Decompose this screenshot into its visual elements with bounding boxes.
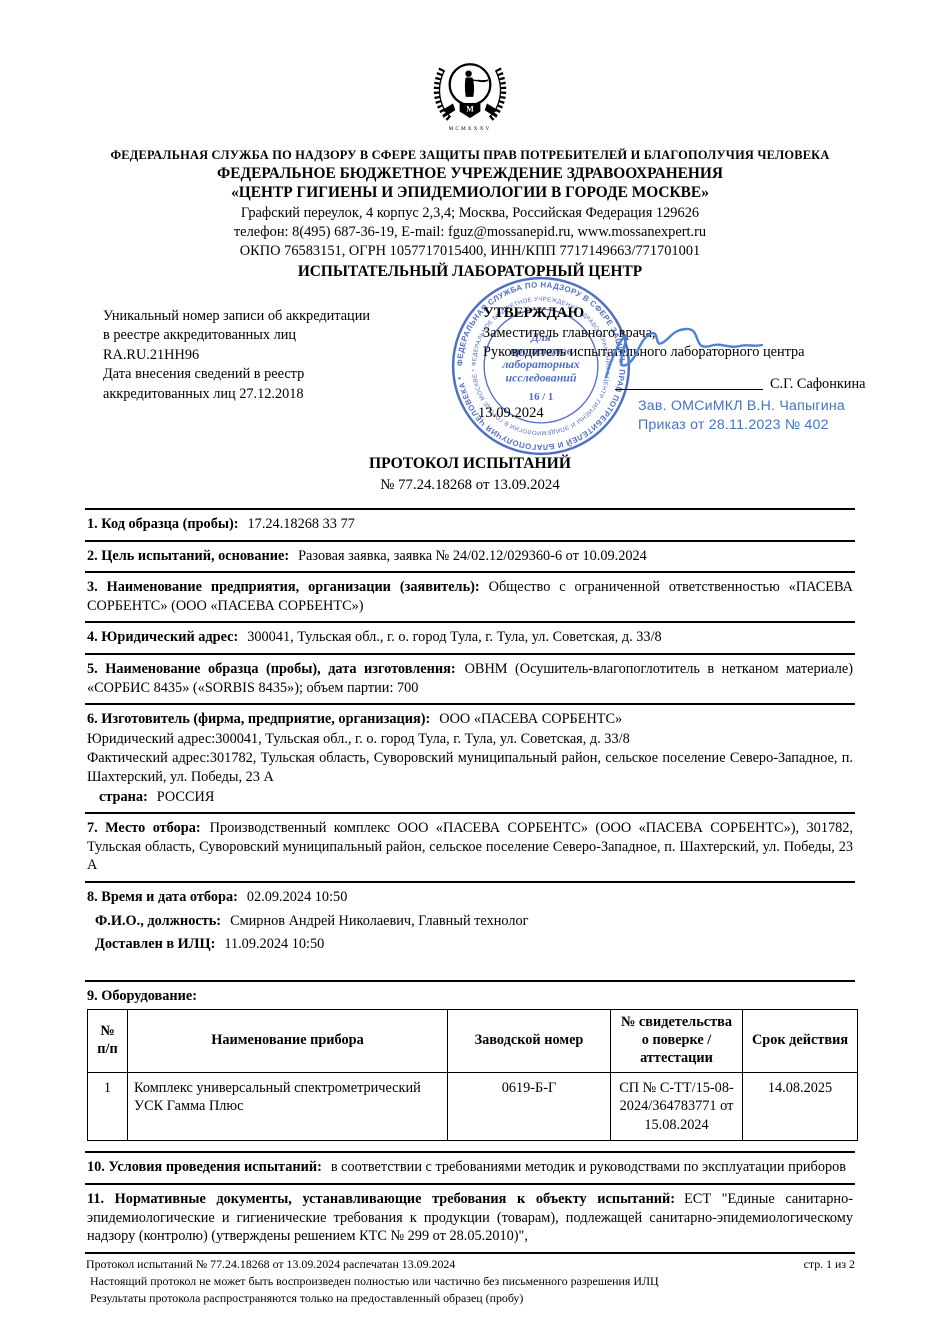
- footer-line1: Протокол испытаний № 77.24.18268 от 13.0…: [86, 1256, 855, 1273]
- section-sampling-time: 8. Время и дата отбора:02.09.2024 10:50 …: [85, 881, 855, 980]
- hygieia-emblem-icon: M MCMXXXV: [418, 50, 522, 138]
- org-name: «ЦЕНТР ГИГИЕНЫ И ЭПИДЕМИОЛОГИИ В ГОРОДЕ …: [0, 184, 940, 202]
- equipment-table: № п/п Наименование прибора Заводской ном…: [87, 1009, 858, 1141]
- signature-line: [615, 389, 763, 390]
- protocol-page: M MCMXXXV ФЕДЕРАЛЬНАЯ СЛУЖБА ПО НАДЗОРУ …: [0, 0, 940, 1330]
- sampler-name-line: Ф.И.О., должность:Смирнов Андрей Николае…: [87, 912, 853, 931]
- stamp-note-name: Зав. ОМСиМКЛ В.Н. Чапыгина: [638, 398, 845, 414]
- section-applicant: 3. Наименование предприятия, организации…: [85, 571, 855, 621]
- equipment-serial: 0619-Б-Г: [448, 1072, 611, 1141]
- section-label: 1. Код образца (пробы):: [87, 516, 239, 532]
- protocol-title: ПРОТОКОЛ ИСПЫТАНИЙ: [0, 455, 940, 473]
- equipment-validity: 14.08.2025: [743, 1072, 858, 1141]
- section-label: 11. Нормативные документы, устанавливающ…: [87, 1191, 675, 1207]
- section-test-purpose: 2. Цель испытаний, основание:Разовая зая…: [85, 540, 855, 572]
- row-value: 11.09.2024 10:50: [224, 936, 324, 952]
- section-manufacturer: 6. Изготовитель (фирма, предприятие, орг…: [85, 703, 855, 812]
- sections-container: 1. Код образца (пробы):17.24.18268 33 77…: [85, 508, 855, 1254]
- section-legal-address: 4. Юридический адрес:300041, Тульская об…: [85, 621, 855, 653]
- emblem-year: MCMXXXV: [449, 126, 492, 132]
- section-equipment: 9. Оборудование: № п/п Наименование приб…: [85, 980, 855, 1152]
- section-label: 4. Юридический адрес:: [87, 629, 238, 645]
- section-value: 02.09.2024 10:50: [247, 889, 347, 905]
- org-codes: ОКПО 76583151, ОГРН 1057717015400, ИНН/К…: [0, 243, 940, 260]
- approval-date: 13.09.2024: [478, 405, 544, 422]
- section-normative-documents: 11. Нормативные документы, устанавливающ…: [85, 1183, 855, 1252]
- col-header-num: № п/п: [88, 1010, 128, 1072]
- section-label: 8. Время и дата отбора:: [87, 889, 238, 905]
- section-label: 2. Цель испытаний, основание:: [87, 548, 289, 564]
- equipment-num: 1: [88, 1072, 128, 1141]
- row-value: Смирнов Андрей Николаевич, Главный техно…: [230, 913, 528, 929]
- section-value: 300041, Тульская обл., г. о. город Тула,…: [247, 629, 661, 645]
- org-type: ФЕДЕРАЛЬНОЕ БЮДЖЕТНОЕ УЧРЕЖДЕНИЕ ЗДРАВОО…: [0, 165, 940, 183]
- approval-title: УТВЕРЖДАЮ: [483, 305, 584, 322]
- section-sample-code: 1. Код образца (пробы):17.24.18268 33 77: [85, 508, 855, 540]
- org-parent-name: ФЕДЕРАЛЬНАЯ СЛУЖБА ПО НАДЗОРУ В СФЕРЕ ЗА…: [0, 148, 940, 163]
- manufacturer-actual-address: Фактический адрес:301782, Тульская облас…: [87, 749, 853, 786]
- signature-icon: [598, 321, 770, 383]
- accreditation-line: Дата внесения сведений в реестр: [103, 365, 463, 384]
- col-header-device: Наименование прибора: [128, 1010, 448, 1072]
- footer-line3: Результаты протокола распространяются то…: [86, 1290, 855, 1307]
- org-contacts: телефон: 8(495) 687-36-19, E-mail: fguz@…: [0, 224, 940, 241]
- section-label: 7. Место отбора:: [87, 820, 201, 836]
- manufacturer-country-line: страна:РОССИЯ: [87, 788, 853, 807]
- section-sample-name: 5. Наименование образца (пробы), дата из…: [85, 653, 855, 703]
- emblem-wrap: M MCMXXXV: [0, 0, 940, 143]
- equipment-header-row: № п/п Наименование прибора Заводской ном…: [88, 1010, 858, 1072]
- accreditation-date: аккредитованных лиц 27.12.2018: [103, 385, 463, 404]
- col-header-serial: Заводской номер: [448, 1010, 611, 1072]
- section-value: в соответствии с требованиями методик и …: [331, 1159, 846, 1175]
- section-test-conditions: 10. Условия проведения испытаний:в соотв…: [85, 1151, 855, 1183]
- section-value: 17.24.18268 33 77: [248, 516, 355, 532]
- stamp-center-line4: исследований: [505, 371, 576, 385]
- accreditation-block: Уникальный номер записи об аккредитации …: [103, 307, 463, 404]
- manufacturer-legal-address: Юридический адрес:300041, Тульская обл.,…: [87, 730, 853, 749]
- equipment-name: Комплекс универсальный спектрометрически…: [128, 1072, 448, 1141]
- stamp-note-order: Приказ от 28.11.2023 № 402: [638, 417, 829, 433]
- protocol-number-date: № 77.24.18268 от 13.09.2024: [0, 477, 940, 494]
- section-value: Разовая заявка, заявка № 24/02.12/029360…: [298, 548, 647, 564]
- org-address: Графский переулок, 4 корпус 2,3,4; Москв…: [0, 205, 940, 222]
- manufacturer-name-line: 6. Изготовитель (фирма, предприятие, орг…: [87, 710, 853, 729]
- section-value: ООО «ПАСЕВА СОРБЕНТС»: [439, 711, 622, 727]
- section-label: 9. Оборудование:: [87, 988, 197, 1004]
- equipment-cert: СП № С-ТТ/15-08-2024/364783771 от 15.08.…: [611, 1072, 743, 1141]
- approver-name: С.Г. Сафонкина: [770, 376, 865, 393]
- section-sampling-place: 7. Место отбора:Производственный комплек…: [85, 812, 855, 881]
- row-label: Ф.И.О., должность:: [95, 913, 221, 929]
- footer-protocol-info: Протокол испытаний № 77.24.18268 от 13.0…: [86, 1256, 455, 1273]
- page-footer: Протокол испытаний № 77.24.18268 от 13.0…: [86, 1256, 855, 1306]
- section-label: 6. Изготовитель (фирма, предприятие, орг…: [87, 711, 430, 727]
- stamp-center-line5: 16 / 1: [529, 391, 554, 403]
- document-header: M MCMXXXV ФЕДЕРАЛЬНАЯ СЛУЖБА ПО НАДЗОРУ …: [0, 0, 940, 281]
- accreditation-line: в реестре аккредитованных лиц: [103, 326, 463, 345]
- approval-area: ФЕДЕРАЛЬНАЯ СЛУЖБА ПО НАДЗОРУ В СФЕРЕ ЗА…: [0, 281, 940, 453]
- delivered-line: Доставлен в ИЛЦ:11.09.2024 10:50: [87, 935, 853, 954]
- row-label: Доставлен в ИЛЦ:: [95, 936, 215, 952]
- equipment-row: 1 Комплекс универсальный спектрометричес…: [88, 1072, 858, 1141]
- emblem-letter: M: [466, 104, 474, 113]
- country-value: РОССИЯ: [157, 789, 215, 805]
- section-label: 3. Наименование предприятия, организации…: [87, 579, 480, 595]
- col-header-validity: Срок действия: [743, 1010, 858, 1072]
- footer-page-number: стр. 1 из 2: [804, 1256, 855, 1273]
- section-value: Производственный комплекс ООО «ПАСЕВА СО…: [87, 820, 853, 873]
- footer-line2: Настоящий протокол не может быть воспрои…: [86, 1273, 855, 1290]
- accreditation-number: RA.RU.21HH96: [103, 346, 463, 365]
- section-label: 10. Условия проведения испытаний:: [87, 1159, 322, 1175]
- col-header-cert: № свидетельства о поверке / аттестации: [611, 1010, 743, 1072]
- section-label: 5. Наименование образца (пробы), дата из…: [87, 661, 456, 677]
- country-label: страна:: [99, 789, 148, 805]
- sampling-datetime-line: 8. Время и дата отбора:02.09.2024 10:50: [87, 888, 853, 907]
- accreditation-line: Уникальный номер записи об аккредитации: [103, 307, 463, 326]
